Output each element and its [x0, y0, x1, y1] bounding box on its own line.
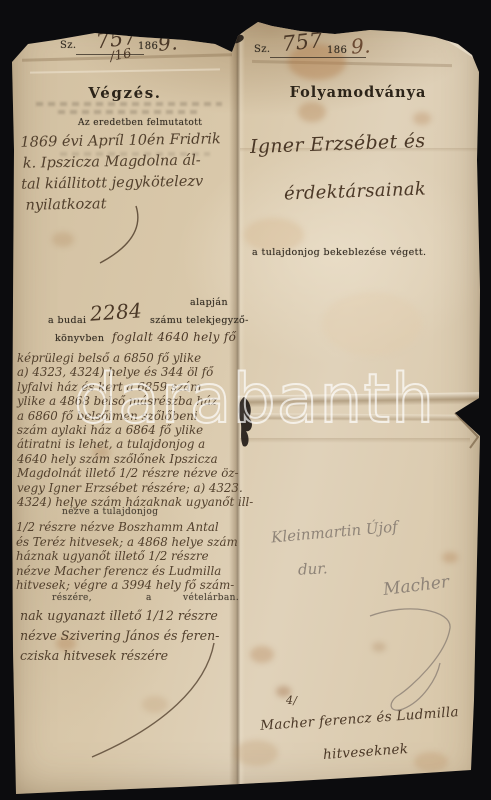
- left-body-handwriting-3: nak ugyanazt illető 1/12 részre nézve Sz…: [20, 606, 219, 666]
- handwriting-line: 1/2 részre nézve Boszhamm Antal: [16, 520, 238, 535]
- left-intro-printed: Az eredetben felmutatott: [78, 118, 202, 128]
- mid-printed-fragment: nézve a tulajdonjog: [62, 507, 158, 517]
- darabanth-watermark: darabanth: [74, 360, 435, 439]
- stain: [372, 642, 386, 652]
- a-printed: a: [146, 593, 152, 603]
- handwriting-line: hitvesek; végre a 3994 hely fő szám-: [16, 578, 238, 593]
- handwriting-line: nak ugyanazt illető 1/12 részre: [20, 606, 219, 626]
- pencil-note-line: dur.: [298, 559, 328, 579]
- konyvben-printed: könyvben: [55, 333, 104, 344]
- handwriting-line: vegy Igner Erzsébet részére; a) 4323.: [17, 481, 253, 495]
- left-year-digit-handwritten: 9.: [157, 30, 179, 56]
- stain: [298, 102, 326, 122]
- right-serial-label: Sz.: [254, 44, 271, 55]
- a-budai-printed: a budai: [48, 315, 86, 326]
- bottom-mark-handwritten: 4/: [286, 694, 297, 707]
- left-serial-label: Sz.: [60, 40, 77, 51]
- right-page-title: Folyamodványa: [240, 84, 476, 101]
- handwriting-line: nyilatkozat: [21, 192, 222, 216]
- vetelarban-printed: vételárban.: [183, 593, 239, 603]
- handwriting-line: és Teréz hitvesek; a 4868 helye szám: [16, 535, 238, 550]
- stain: [442, 552, 458, 563]
- document-sheet: Sz. 757 ∕16 186 9. Végzés. Az eredetben …: [0, 0, 491, 800]
- left-year-printed: 186: [138, 41, 158, 52]
- stain: [234, 740, 278, 766]
- handwriting-line: nézve Szivering János és feren-: [20, 626, 219, 646]
- alapjan-printed: alapján: [190, 297, 228, 308]
- handwriting-line: Magdolnát illető 1/2 részre nézve öz-: [17, 466, 253, 480]
- handwriting-line: foglalt 4640 hely fő: [112, 330, 236, 344]
- stain: [142, 696, 168, 713]
- stain: [322, 292, 422, 356]
- handwriting-line: tal kiállitott jegykötelezv: [21, 171, 222, 195]
- handwriting-line: átiratni is lehet, a tulajdonjog a: [17, 437, 253, 451]
- photo-stage: Sz. 757 ∕16 186 9. Végzés. Az eredetben …: [0, 0, 491, 800]
- right-year-printed: 186: [327, 45, 347, 56]
- stain: [250, 646, 274, 663]
- left-intro-handwriting: 1869 évi Apríl 10én Fridrik k. Ipszicza …: [20, 129, 222, 216]
- handwriting-line: 4640 hely szám szőlőnek Ipszicza: [17, 452, 253, 466]
- purpose-printed: a tulajdonjog bekeblezése végett.: [252, 247, 426, 258]
- szamu-printed: számu telekjegyző-: [150, 315, 249, 326]
- stain: [413, 112, 431, 125]
- parcel-number-handwritten: 2284: [89, 298, 143, 326]
- right-year-digit-handwritten: 9.: [350, 33, 371, 58]
- handwriting-line: cziska hitvesek részére: [20, 646, 219, 666]
- left-page-title: Végzés.: [15, 84, 235, 102]
- right-serial-number-handwritten: 757: [281, 28, 324, 56]
- handwriting-line: nézve Macher ferencz és Ludmilla: [16, 564, 238, 579]
- handwriting-line: háznak ugyanőt illető 1/2 részre: [16, 549, 238, 564]
- bleed-through-text: [36, 102, 222, 118]
- stain: [414, 752, 448, 772]
- reszere-printed: részére,: [52, 593, 92, 603]
- stain: [52, 232, 74, 247]
- top-ink-dot: [222, 32, 228, 36]
- left-body-handwriting-2: 1/2 részre nézve Boszhamm Antal és Teréz…: [16, 520, 238, 593]
